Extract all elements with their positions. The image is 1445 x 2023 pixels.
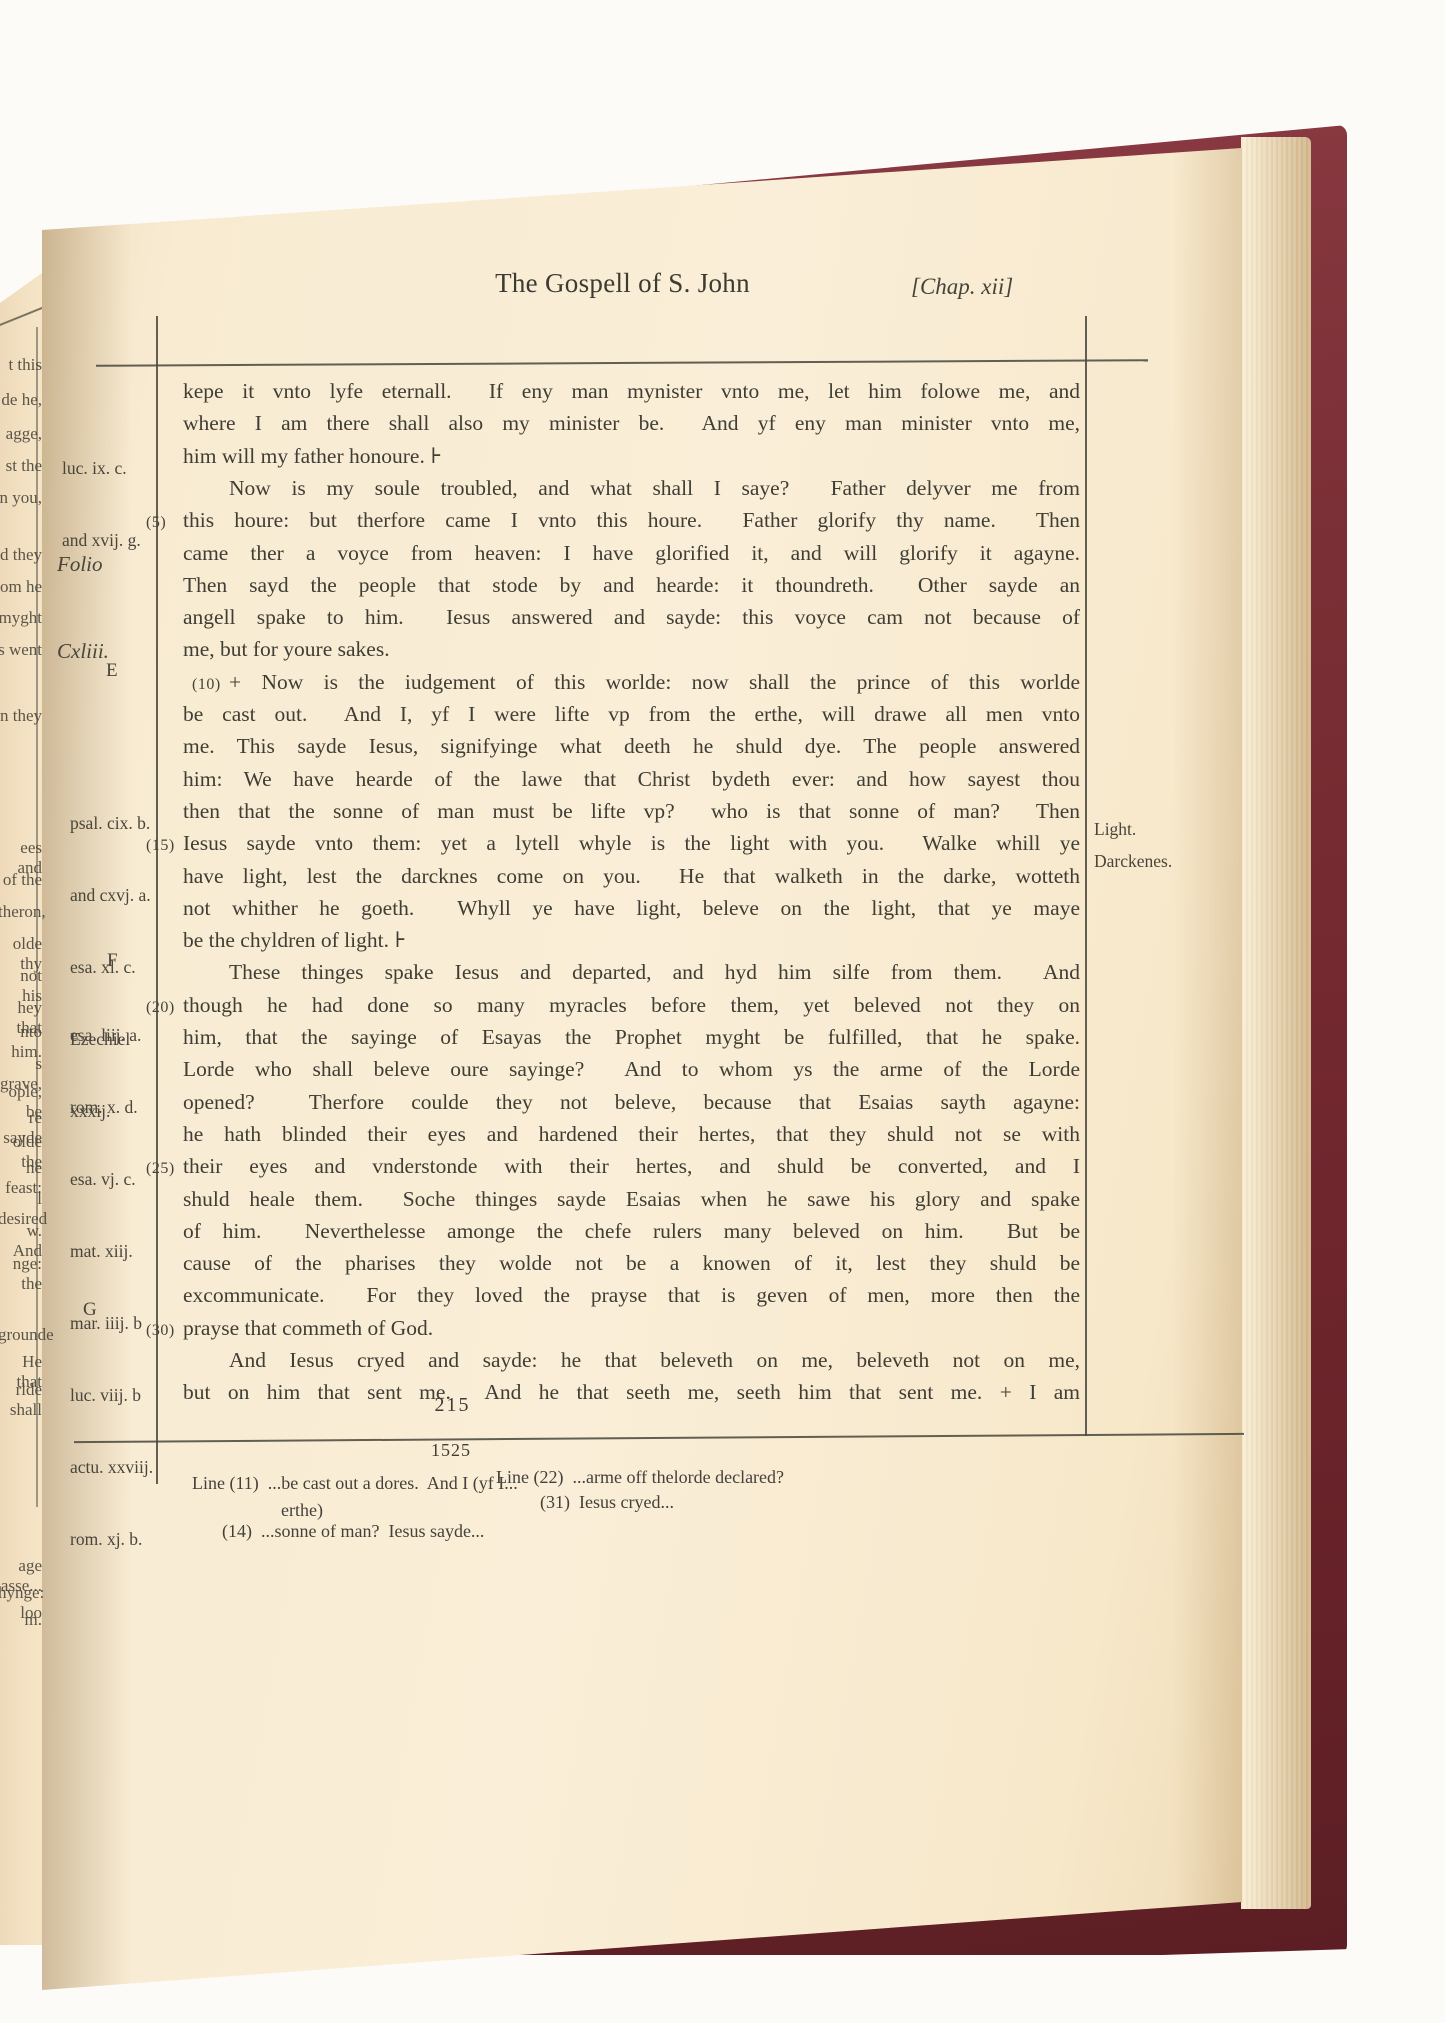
line-number: (20)	[146, 993, 175, 1023]
body-line-text: Lorde who shall beleve oure sayinge? And…	[183, 1057, 1080, 1081]
margin-ref: esa. vj. c.	[70, 1167, 153, 1191]
edge-fragment: t this	[0, 355, 42, 375]
body-line: (30)prayse that commeth of God.	[183, 1313, 1080, 1345]
edge-fragment: st the	[0, 456, 42, 476]
body-line: then that the sonne of man must be lifte…	[183, 796, 1080, 828]
line-number: (10)	[146, 670, 221, 700]
body-line-text: excommunicate. For they loved the prayse…	[183, 1283, 1080, 1307]
body-line: (15)Iesus sayde vnto them: yet a lytell …	[183, 828, 1080, 860]
edge-fragment: myght	[0, 608, 42, 628]
margin-ref: psal. cix. b.	[70, 811, 151, 835]
body-line: These thinges spake Iesus and departed, …	[183, 957, 1080, 989]
border-rule-top	[96, 359, 1148, 367]
border-rule-right	[1085, 316, 1087, 1436]
body-line-text: this houre: but therfore came I vnto thi…	[183, 508, 1080, 532]
edge-fragment: grounde	[0, 1325, 42, 1345]
page-title: The Gospell of S. John	[455, 268, 790, 299]
body-line: (10)+ Now is the iudgement of this world…	[183, 667, 1080, 699]
body-line: Then sayd the people that stode by and h…	[183, 570, 1080, 602]
margin-ref: luc. ix. c.	[62, 456, 141, 480]
page-content: The Gospell of S. John [Chap. xii] luc. …	[0, 0, 1445, 2023]
section-letter-g: G	[83, 1299, 97, 1321]
body-line: (5)this houre: but therfore came I vnto …	[183, 505, 1080, 537]
edge-fragment: rlde shall	[0, 1380, 42, 1420]
body-line: him will my father honoure. ⊦	[183, 441, 1080, 473]
line-number: (25)	[146, 1154, 175, 1184]
margin-ref: rom. xj. b.	[70, 1527, 153, 1551]
line-number: (15)	[146, 831, 175, 861]
body-line: opened? Therfore coulde they not beleve,…	[183, 1087, 1080, 1119]
edge-fragment: of the	[0, 870, 42, 890]
margin-ref: mat. xiij.	[70, 1239, 153, 1263]
body-line: (20)though he had done so many myracles …	[183, 990, 1080, 1022]
body-line: shuld heale them. Soche thinges sayde Es…	[183, 1184, 1080, 1216]
body-line-text: but on him that sent me. And he that see…	[183, 1380, 1080, 1404]
body-line-text: Now is my soule troubled, and what shall…	[229, 476, 1080, 500]
footnote-line: (14) ...sonne of man? Iesus sayde...	[222, 1521, 484, 1542]
body-line: (25)their eyes and vnderstonde with thei…	[183, 1151, 1080, 1183]
body-text-block: kepe it vnto lyfe eternall. If eny man m…	[183, 376, 1080, 1421]
footnote-line: Line (11) ...be cast out a dores. And I …	[192, 1473, 518, 1494]
body-line: be the chyldren of light. ⊦	[183, 925, 1080, 957]
edge-fragment: agge,	[0, 424, 42, 444]
edge-fragment: d they	[0, 545, 42, 565]
body-line-text: be cast out. And I, yf I were lifte vp f…	[183, 702, 1080, 726]
body-line-text: These thinges spake Iesus and departed, …	[229, 960, 1080, 984]
body-line-text: of him. Neverthelesse amonge the chefe r…	[183, 1219, 1080, 1243]
edge-fragment: de he,	[0, 390, 42, 410]
body-line-text: him: We have hearde of the lawe that Chr…	[183, 767, 1080, 791]
body-line-text: where I am there shall also my minister …	[183, 411, 1080, 435]
footnote-line: Line (22) ...arme off thelorde declared?	[496, 1467, 784, 1488]
body-line: me, but for youre sakes.	[183, 634, 1080, 666]
body-line: Lorde who shall beleve oure sayinge? And…	[183, 1054, 1080, 1086]
body-line-text: me, but for youre sakes.	[183, 637, 390, 661]
edition-year: 1525	[395, 1440, 507, 1461]
body-line: he hath blinded their eyes and hardened …	[183, 1119, 1080, 1151]
margin-ref: rom. x. d.	[70, 1095, 153, 1119]
body-line: him, that the sayinge of Esayas the Prop…	[183, 1022, 1080, 1054]
body-line-text: him, that the sayinge of Esayas the Prop…	[183, 1025, 1080, 1049]
edge-fragment: nge: the	[0, 1254, 42, 1294]
page-number: 215	[395, 1394, 510, 1417]
margin-note-light: Light.	[1094, 819, 1136, 840]
body-line: but on him that sent me. And he that see…	[183, 1377, 1080, 1409]
body-line-text: Iesus sayde vnto them: yet a lytell whyl…	[183, 831, 1080, 855]
body-line: be cast out. And I, yf I were lifte vp f…	[183, 699, 1080, 731]
body-line-text: came ther a voyce from heaven: I have gl…	[183, 541, 1080, 565]
border-rule-left	[156, 316, 158, 1484]
body-line-text: their eyes and vnderstonde with their he…	[183, 1154, 1080, 1178]
edge-fragment: om he	[0, 577, 42, 597]
body-line: have light, lest the darcknes come on yo…	[183, 861, 1080, 893]
body-line-text: angell spake to him. Iesus answered and …	[183, 605, 1080, 629]
chapter-label: [Chap. xii]	[911, 274, 1013, 300]
body-line: of him. Neverthelesse amonge the chefe r…	[183, 1216, 1080, 1248]
body-line-text: opened? Therfore coulde they not beleve,…	[183, 1090, 1080, 1114]
body-line: not whither he goeth. Whyll ye have ligh…	[183, 893, 1080, 925]
folio-note: Folio Cxliii.	[57, 492, 109, 724]
body-line-text: And Iesus cryed and sayde: he that belev…	[229, 1348, 1080, 1372]
body-line-text: Then sayd the people that stode by and h…	[183, 573, 1080, 597]
edge-fragment: m.	[0, 1610, 42, 1630]
body-line-text: be the chyldren of light. ⊦	[183, 928, 407, 952]
body-line-text: cause of the pharises they wolde not be …	[183, 1251, 1080, 1275]
body-line: excommunicate. For they loved the prayse…	[183, 1280, 1080, 1312]
body-line-text: prayse that commeth of God.	[183, 1316, 433, 1340]
body-line-text: shuld heale them. Soche thinges sayde Es…	[183, 1187, 1080, 1211]
body-line: me. This sayde Iesus, signifyinge what d…	[183, 731, 1080, 763]
body-line: And Iesus cryed and sayde: he that belev…	[183, 1345, 1080, 1377]
body-line: him: We have hearde of the lawe that Chr…	[183, 764, 1080, 796]
line-number: (5)	[146, 508, 166, 538]
margin-ref: and cxvj. a.	[70, 883, 151, 907]
edge-fragment: theron,	[0, 902, 42, 922]
body-line-text: kepe it vnto lyfe eternall. If eny man m…	[183, 379, 1080, 403]
margin-ref: esa. liij. a.	[70, 1023, 153, 1047]
section-letter-e: E	[106, 660, 118, 682]
body-line-text: me. This sayde Iesus, signifyinge what d…	[183, 734, 1080, 758]
margin-ref: actu. xxviij.	[70, 1455, 153, 1479]
body-line: Now is my soule troubled, and what shall…	[183, 473, 1080, 505]
body-line: cause of the pharises they wolde not be …	[183, 1248, 1080, 1280]
footnote-line: (31) Iesus cryed...	[540, 1492, 674, 1513]
footnote-line: erthe)	[281, 1500, 323, 1521]
line-number: (30)	[146, 1316, 175, 1346]
body-line-text: though he had done so many myracles befo…	[183, 993, 1080, 1017]
body-line: kepe it vnto lyfe eternall. If eny man m…	[183, 376, 1080, 408]
body-line-text: he hath blinded their eyes and hardened …	[183, 1122, 1080, 1146]
margin-refs-f: esa. liij. a. rom. x. d. esa. vj. c. mat…	[70, 975, 153, 1599]
edge-fragment: s went	[0, 640, 42, 660]
edge-fragment: n they	[0, 706, 42, 726]
margin-note-darckenes: Darckenes.	[1094, 851, 1172, 872]
body-line: came ther a voyce from heaven: I have gl…	[183, 538, 1080, 570]
body-line-text: then that the sonne of man must be lifte…	[183, 799, 1080, 823]
folio-line: Folio	[57, 550, 109, 579]
edge-fragment: n you,	[0, 488, 42, 508]
section-letter-f: F	[107, 950, 118, 972]
body-line-text: him will my father honoure. ⊦	[183, 444, 442, 468]
margin-ref: luc. viij. b	[70, 1383, 153, 1407]
body-line: angell spake to him. Iesus answered and …	[183, 602, 1080, 634]
body-line-text: + Now is the iudgement of this worlde: n…	[229, 670, 1080, 694]
border-rule-bottom	[74, 1433, 1244, 1443]
book-photo: The Gospell of S. John [Chap. xii] luc. …	[0, 0, 1445, 2023]
folio-line: Cxliii.	[57, 637, 109, 666]
body-line-text: not whither he goeth. Whyll ye have ligh…	[183, 896, 1080, 920]
body-line: where I am there shall also my minister …	[183, 408, 1080, 440]
body-line-text: have light, lest the darcknes come on yo…	[183, 864, 1080, 888]
